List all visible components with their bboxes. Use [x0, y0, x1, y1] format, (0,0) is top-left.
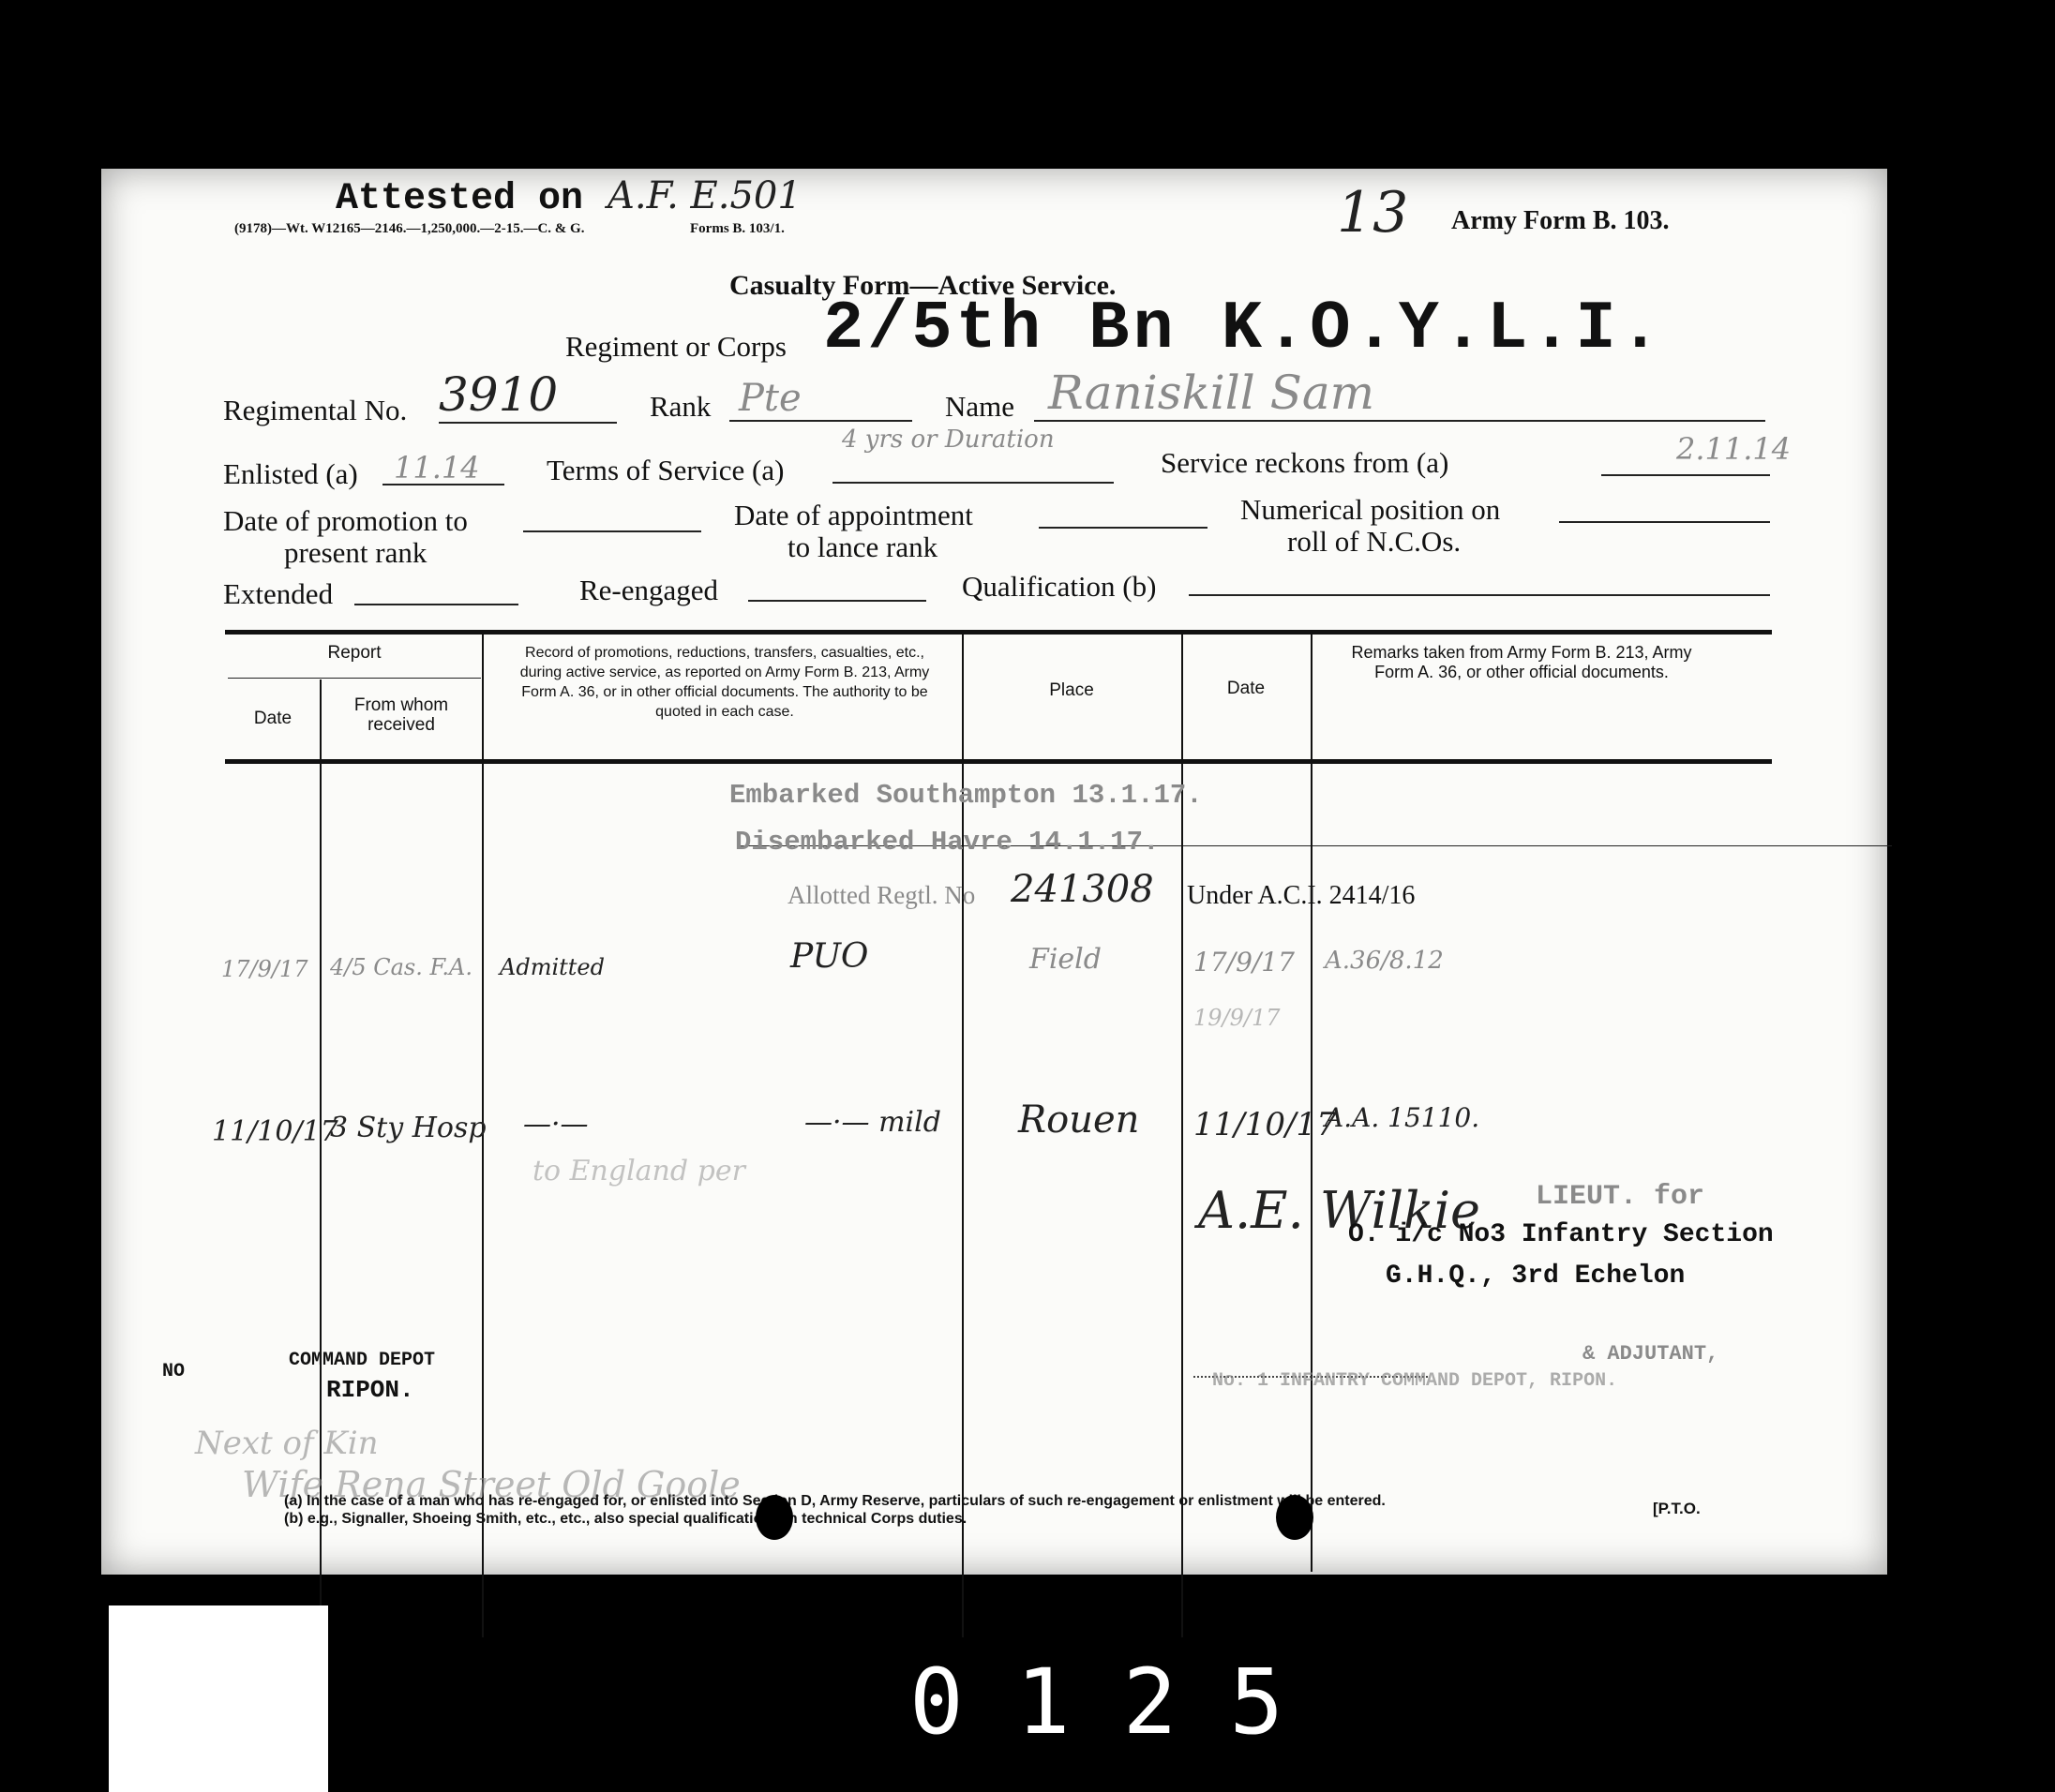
enlisted-label: Enlisted (a)	[223, 457, 358, 491]
rank-line	[729, 420, 912, 422]
attested-stamp: Attested on	[336, 178, 583, 220]
header-date2: Date	[1183, 679, 1309, 698]
frame-counter: 0125	[909, 1650, 1336, 1755]
reengaged-line	[748, 600, 926, 602]
regiment-value: 2/5th Bn K.O.Y.L.I.	[823, 291, 1664, 367]
allotted-label: Allotted Regtl. No	[787, 881, 975, 910]
rank-value: Pte	[739, 377, 802, 420]
embarked-stamp: Embarked Southampton 13.1.17.	[729, 780, 1203, 811]
enlisted-line	[382, 484, 504, 485]
appointment-label-1: Date of appointment	[734, 499, 973, 532]
promotion-line	[523, 530, 701, 532]
row1-date2: 17/9/17	[1193, 947, 1295, 978]
punch-hole-left	[756, 1495, 793, 1540]
command-depot-stamp: COMMAND DEPOT	[289, 1350, 435, 1371]
adjutant-stamp: & ADJUTANT,	[1582, 1342, 1718, 1366]
forms-reference: Forms B. 103/1.	[690, 221, 785, 237]
row3-remarks: A.A. 15110.	[1325, 1102, 1479, 1133]
name-line	[1034, 420, 1765, 422]
terms-line	[832, 482, 1114, 484]
extended-line	[354, 604, 518, 605]
row3-date: 11/10/17	[212, 1115, 338, 1148]
ripon-stamp: RIPON.	[326, 1376, 414, 1404]
signature-line3: G.H.Q., 3rd Echelon	[1386, 1262, 1685, 1291]
row3-date2: 11/10/17	[1193, 1106, 1337, 1143]
row1-record: Admitted	[500, 954, 605, 980]
promotion-label-2: present rank	[284, 536, 427, 570]
row3-record2: —·— mild	[804, 1106, 941, 1139]
qualification-line	[1189, 594, 1770, 596]
row3-place: Rouen	[1018, 1098, 1139, 1142]
row2-date2: 19/9/17	[1193, 1005, 1281, 1031]
header-record: Record of promotions, reductions, transf…	[518, 643, 931, 722]
row1-record2: PUO	[790, 937, 868, 976]
army-form-number: Army Form B. 103.	[1451, 206, 1670, 236]
service-reckons-label: Service reckons from (a)	[1161, 446, 1448, 480]
header-remarks: Remarks taken from Army Form B. 213, Arm…	[1348, 643, 1695, 682]
terms-of-service-value: 4 yrs or Duration	[842, 426, 1055, 454]
row1-date: 17/9/17	[221, 956, 308, 982]
promotion-label-1: Date of promotion to	[223, 504, 468, 538]
row1-place: Field	[1029, 943, 1102, 976]
appointment-line	[1039, 527, 1207, 529]
table-top-rule	[225, 630, 1772, 635]
disembarked-stamp: Disembarked Havre 14.1.17.	[735, 827, 1159, 858]
qualification-label: Qualification (b)	[962, 570, 1156, 604]
terms-of-service-label: Terms of Service (a)	[547, 454, 784, 487]
regimental-no-label: Regimental No.	[223, 394, 407, 427]
row1-from: 4/5 Cas. F.A.	[330, 954, 472, 980]
col-divider-5	[1311, 635, 1312, 1572]
name-label: Name	[945, 390, 1014, 424]
row1-remarks: A.36/8.12	[1325, 947, 1444, 975]
regimental-no-line	[439, 422, 617, 424]
numerical-position-label-1: Numerical position on	[1240, 493, 1500, 527]
row4-record: to England per	[532, 1155, 745, 1187]
name-value: Raniskill Sam	[1048, 366, 1374, 420]
service-reckons-line	[1601, 474, 1770, 476]
print-reference: (9178)—Wt. W12165—2146.—1,250,000.—2-15.…	[234, 221, 584, 237]
numerical-position-line	[1559, 521, 1770, 523]
footnote-b: (b) e.g., Signaller, Shoeing Smith, etc.…	[284, 1511, 967, 1528]
reengaged-label: Re-engaged	[579, 574, 718, 607]
enlisted-value: 11.14	[394, 450, 480, 485]
signature-line2: O. i/c No3 Infantry Section	[1348, 1220, 1774, 1249]
header-report: Report	[228, 643, 481, 663]
table-header-rule	[225, 759, 1772, 764]
casualty-form-card: Attested on A.F. E.501 (9178)—Wt. W12165…	[101, 169, 1887, 1575]
header-date: Date	[228, 709, 318, 728]
row3-record: —·—	[523, 1108, 589, 1141]
regimental-no-value: 3910	[439, 367, 558, 422]
appointment-label-2: to lance rank	[787, 530, 937, 564]
footnote-a: (a) In the case of a man who has re-enga…	[284, 1493, 1386, 1510]
folio-number: 13	[1337, 180, 1408, 246]
signature-title: LIEUT. for	[1536, 1181, 1704, 1213]
header-from-whom: From whom received	[326, 695, 476, 735]
aci-reference: Under A.C.I. 2414/16	[1187, 881, 1415, 911]
row3-from: 3 Sty Hosp	[330, 1112, 487, 1144]
regiment-label: Regiment or Corps	[565, 330, 787, 364]
calibration-white-patch	[109, 1605, 328, 1792]
punch-hole-right	[1276, 1495, 1313, 1540]
extended-label: Extended	[223, 577, 333, 611]
report-subrule	[228, 678, 481, 679]
next-of-kin-label: Next of Kin	[195, 1425, 379, 1462]
depot-stamp: No. 1 INFANTRY COMMAND DEPOT, RIPON.	[1212, 1370, 1617, 1392]
service-reckons-value: 2.11.14	[1676, 431, 1791, 467]
header-place: Place	[964, 680, 1179, 700]
allotted-number: 241308	[1011, 868, 1154, 911]
attested-value: A.F. E.501	[607, 174, 802, 217]
rank-label: Rank	[650, 390, 711, 424]
no-stamp: NO	[162, 1361, 185, 1382]
numerical-position-label-2: roll of N.C.Os.	[1287, 525, 1461, 559]
pto-marker: [P.T.O.	[1653, 1500, 1701, 1518]
